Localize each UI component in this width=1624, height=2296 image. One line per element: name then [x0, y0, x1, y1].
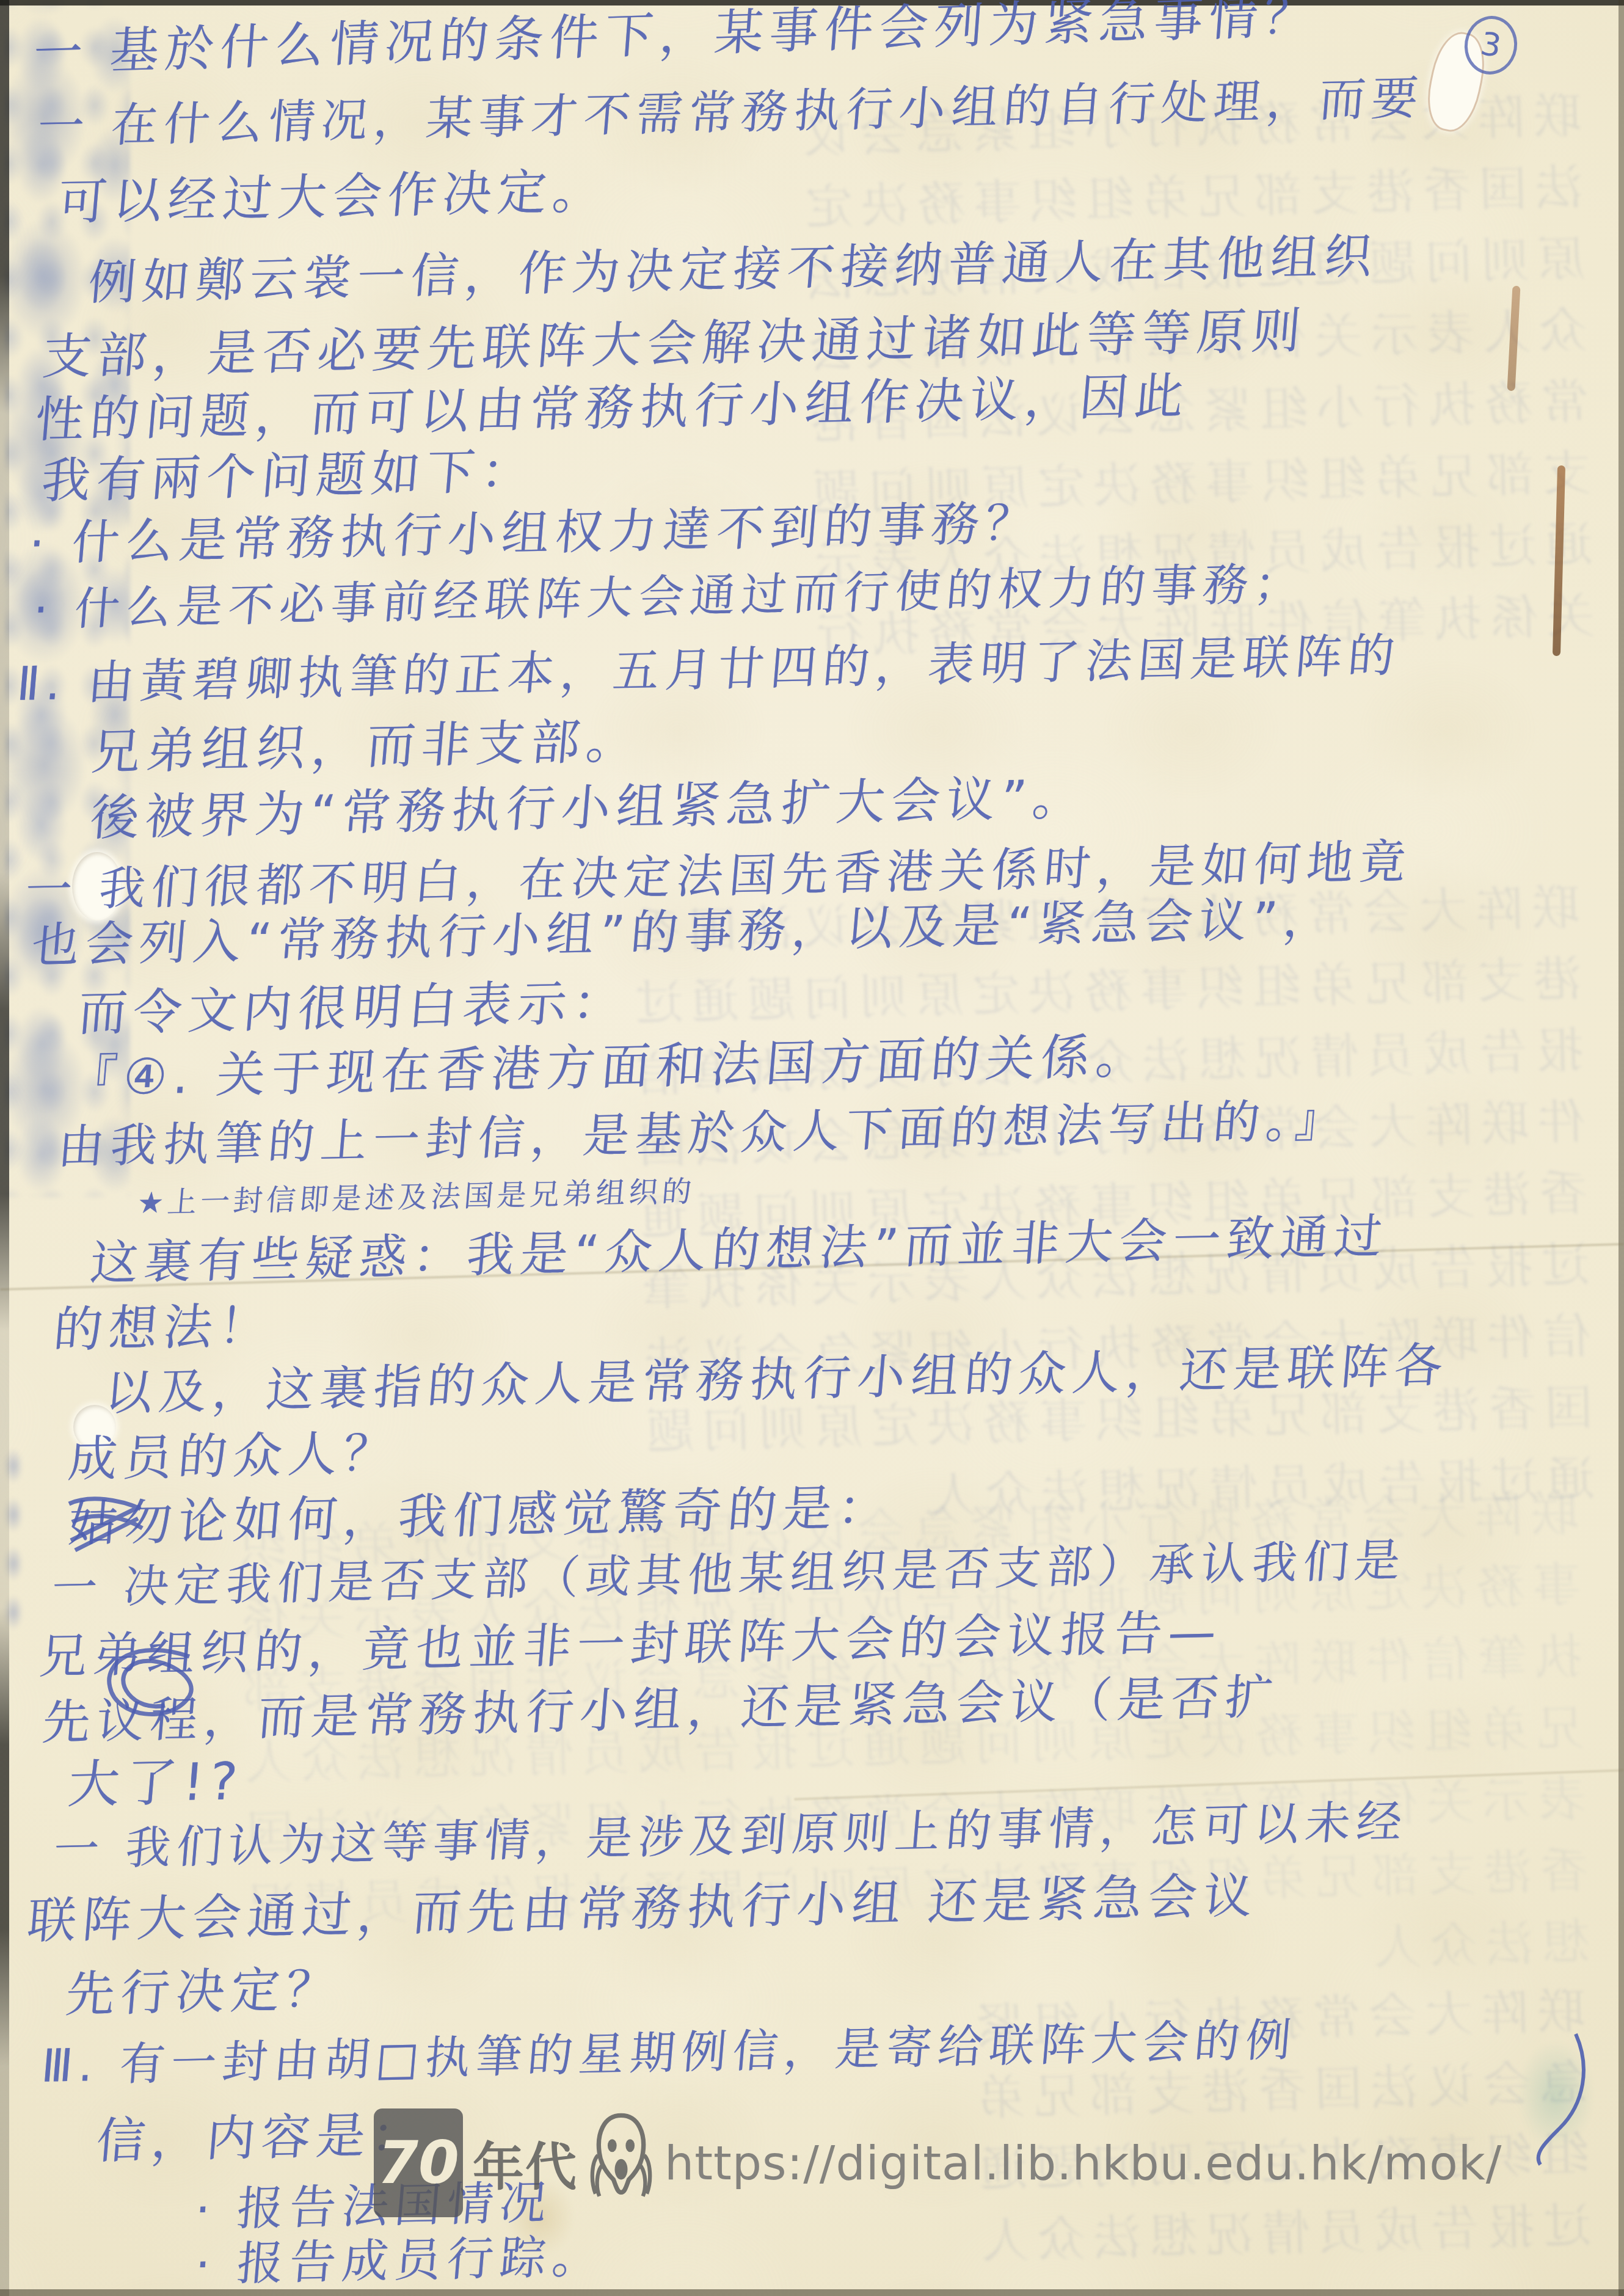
handwritten-line: 成员的众人？ [67, 1429, 401, 1484]
ink-scribble [98, 1638, 202, 1732]
watermark: 70 年代 https://digital.lib.hkbu.edu.hk/mo… [374, 2108, 1502, 2217]
archive-logo-era-label: 年代 [473, 2126, 578, 2200]
handwritten-line: 而令文内很明白表示： [76, 978, 630, 1038]
handwritten-line: 可以经过大会作决定。 [56, 167, 610, 227]
scan-edge [0, 0, 9, 2296]
handwritten-line: · 报告成员行踪。 [194, 2233, 607, 2288]
ink-scribble [66, 1490, 145, 1560]
handwritten-line: 的想法！ [52, 1301, 276, 1355]
handwritten-line: 大了!? [66, 1755, 245, 1810]
handwritten-line: 兄弟组织，而非支部。 [90, 716, 644, 777]
handwritten-line: 先行决定？ [64, 1964, 343, 2019]
scanned-document: 联阵大会常務执行小组紧急会议法国香港支部兄弟组织事務决定原则问题通过报告成员情况… [0, 0, 1624, 2296]
handwritten-line: 我有兩个问题如下： [40, 446, 539, 506]
archive-logo: 70 [374, 2108, 463, 2217]
scan-edge [1619, 0, 1624, 2296]
watermark-url: https://digital.lib.hkbu.edu.hk/mok/ [665, 2136, 1502, 2190]
pen-flourish [1504, 2029, 1595, 2178]
scream-face-icon [588, 2110, 655, 2215]
